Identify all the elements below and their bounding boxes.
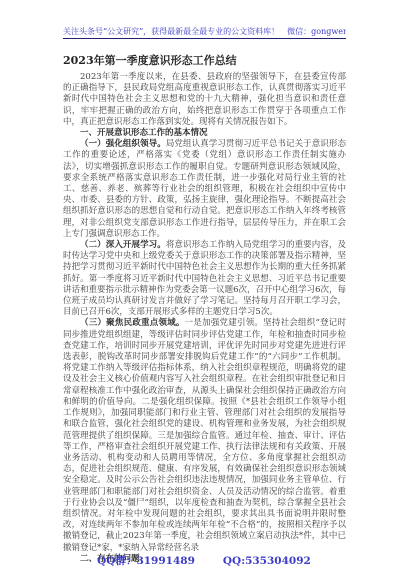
paragraph-text: 局党组认真学习贯彻习近平总书记关于意识形态工作的重要论述，严格落实《党委（党组）… [63,139,346,239]
paragraph-text: 一是加强党建引领。坚持社会组织“登记时同步推进党组织组建，等级评估时同步评估党建… [63,318,346,552]
paragraph-text: 2023年第一季度以来，在县委、县政府的坚强领导下，在县委宣传部的正确指导下，县… [63,72,346,127]
section-heading-1: 一、开展意识形态工作的基本情况 [63,128,346,139]
paragraph-study: （二）深入开展学习。将意识形态工作纳入局党组学习的重要内容，及时传达学习党中央和… [63,240,346,318]
qq-group-number: QQ群：31991489 [97,555,195,567]
paragraph-text: 将意识形态工作纳入局党组学习的重要内容，及时传达学习党中央和上级党委关于意识形态… [63,240,346,317]
paragraph-lead: （三）聚焦民政重点领域。 [80,318,185,328]
document-page: 关注头条号“公文研究”，获得最新最全最专业的公文资料库！ 微信：gongweny… [0,0,408,580]
footer-contact: QQ群：31991489QQ:535304092 [0,553,408,568]
paragraph-intro: 2023年第一季度以来，在县委、县政府的坚强领导下，在县委宣传部的正确指导下，县… [63,72,346,128]
qq-number: QQ:535304092 [223,555,311,567]
page-title: 2023年第一季度意识形态工作总结 [63,52,346,68]
header-notice: 关注头条号“公文研究”，获得最新最全最专业的公文资料库！ 微信：gongweny… [63,26,346,39]
paragraph-lead: （一）强化组织领导。 [80,139,166,149]
document-body: 2023年第一季度以来，在县委、县政府的坚强领导下，在县委宣传部的正确指导下，县… [63,72,346,565]
paragraph-org-leadership: （一）强化组织领导。局党组认真学习贯彻习近平总书记关于意识形态工作的重要论述，严… [63,139,346,240]
paragraph-lead: （二）深入开展学习。 [80,240,166,250]
paragraph-key-areas: （三）聚焦民政重点领域。一是加强党建引领。坚持社会组织“登记时同步推进党组织组建… [63,318,346,553]
